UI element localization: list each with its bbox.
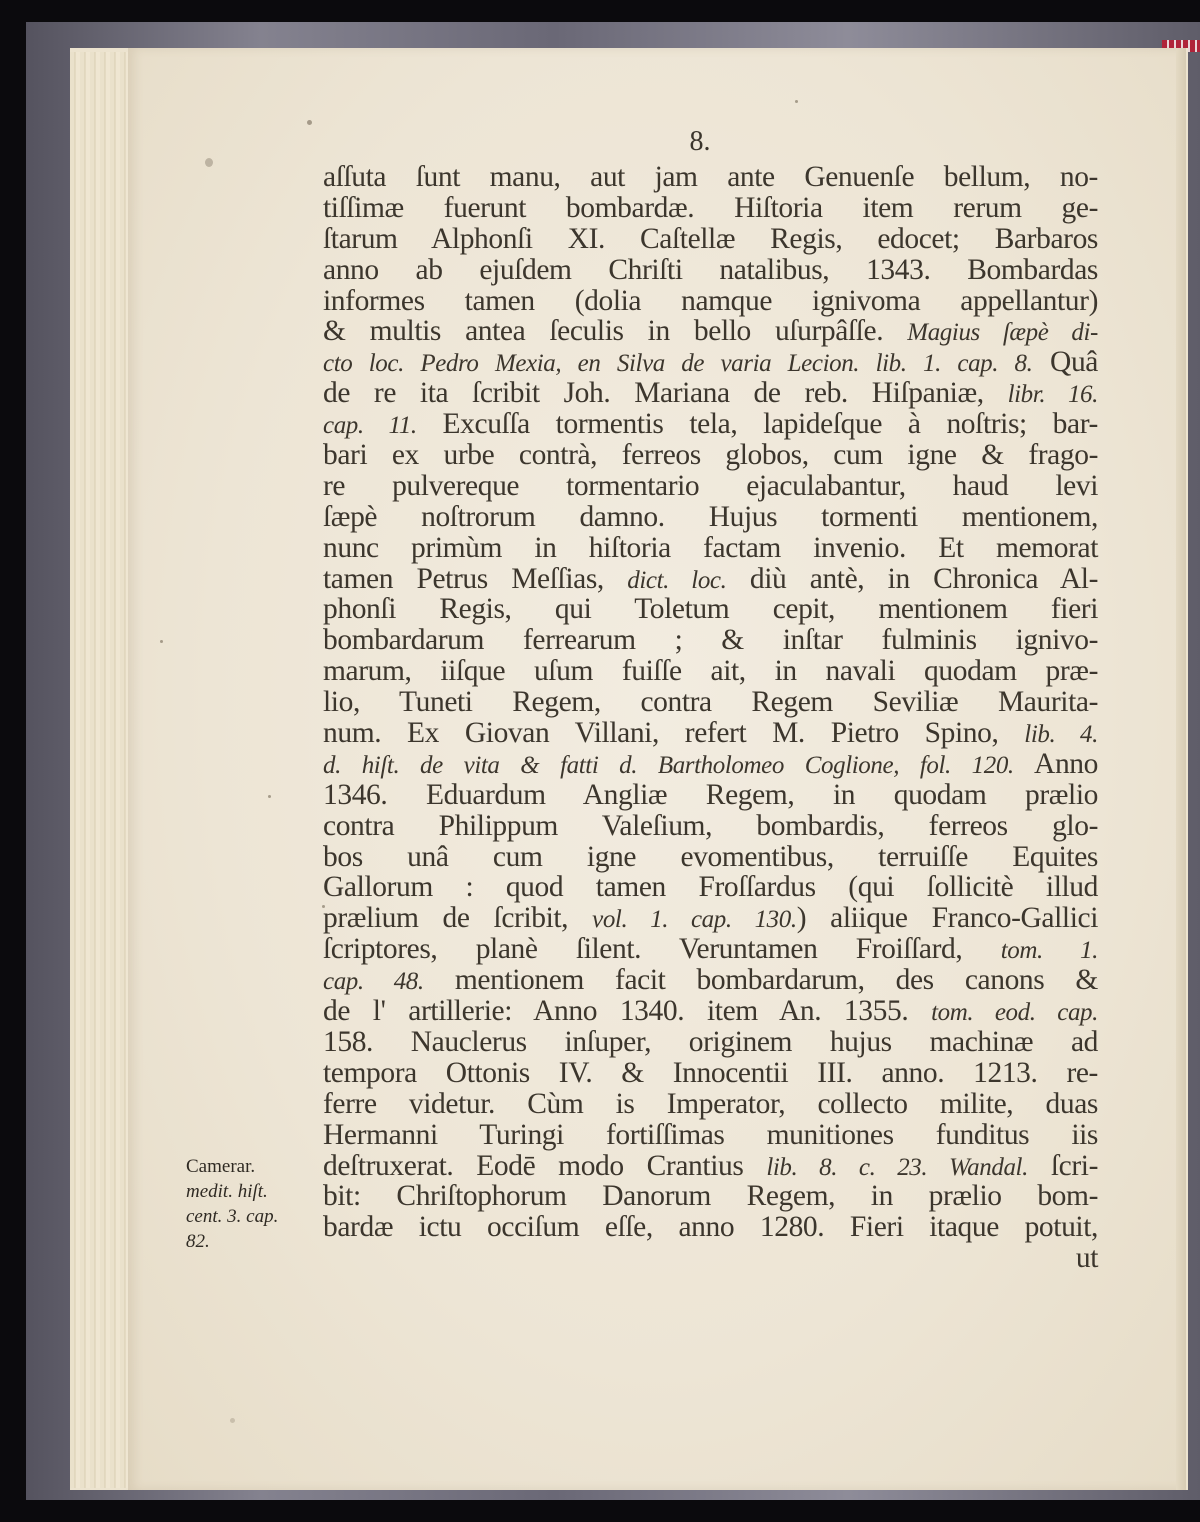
body-text-segment: ſtarum Alphonſi XI. Caſtellæ Regis, edoc… bbox=[323, 223, 1098, 255]
body-text-segment: de re ita ſcribit Joh. Mariana de reb. H… bbox=[323, 377, 1008, 409]
margin-note: Camerar.medit. hiſt.cent. 3. cap.82. bbox=[186, 1154, 306, 1254]
body-text-segment: lio, Tuneti Regem, contra Regem Seviliæ … bbox=[323, 686, 1098, 718]
body-text-segment: deſtruxerat. Eodē modo Crantius bbox=[323, 1150, 766, 1182]
body-text-segment: ferre videtur. Cùm is Imperator, collect… bbox=[323, 1088, 1098, 1120]
body-text-segment: prælium de ſcribit, bbox=[323, 902, 592, 934]
citation-text: Magius ſæpè di- bbox=[907, 319, 1098, 346]
text-line: tempora Ottonis IV. & Innocentii III. an… bbox=[323, 1058, 1098, 1089]
page-fore-edges bbox=[70, 52, 134, 1488]
text-line: Hermanni Turingi fortiſſimas munitiones … bbox=[323, 1120, 1098, 1151]
body-text-segment: de l' artillerie: Anno 1340. item An. 13… bbox=[323, 995, 931, 1027]
margin-note-line: Camerar. bbox=[186, 1154, 306, 1179]
body-text-segment: diù antè, in Chronica Al- bbox=[726, 563, 1098, 595]
text-line: lio, Tuneti Regem, contra Regem Seviliæ … bbox=[323, 687, 1098, 718]
body-text-segment: contra Philippum Valeſium, bombardis, fe… bbox=[323, 810, 1098, 842]
body-text-segment: Excuſſa tormentis tela, lapideſque à noſ… bbox=[417, 408, 1098, 440]
body-text-segment: ) aliique Franco-Gallici bbox=[797, 902, 1098, 934]
body-text-segment: ſcri- bbox=[1028, 1150, 1098, 1182]
page-number: 8. bbox=[687, 126, 713, 158]
body-text-segment: Hermanni Turingi fortiſſimas munitiones … bbox=[323, 1119, 1098, 1151]
text-line: cap. 11. Excuſſa tormentis tela, lapideſ… bbox=[323, 409, 1098, 440]
body-text-segment: Quâ bbox=[1033, 346, 1099, 378]
body-text-segment: phonſi Regis, qui Toletum cepit, mention… bbox=[323, 593, 1098, 625]
text-line: 1346. Eduardum Angliæ Regem, in quodam p… bbox=[323, 780, 1098, 811]
body-text-segment: 158. Nauclerus inſuper, originem hujus m… bbox=[323, 1026, 1098, 1058]
body-text-segment: Gallorum : quod tamen Froſſardus (qui ſo… bbox=[323, 871, 1098, 903]
text-line: bit: Chriſtophorum Danorum Regem, in præ… bbox=[323, 1181, 1098, 1212]
body-text-segment: informes tamen (dolia namque ignivoma ap… bbox=[323, 285, 1098, 317]
text-line: anno ab ejuſdem Chriſti natalibus, 1343.… bbox=[323, 255, 1098, 286]
text-line: cap. 48. mentionem facit bombardarum, de… bbox=[323, 965, 1098, 996]
body-text-segment: & multis antea ſeculis in bello uſurpâſſ… bbox=[323, 315, 907, 347]
citation-text: tom. eod. cap. bbox=[931, 999, 1098, 1026]
text-line: bari ex urbe contrà, ferreos globos, cum… bbox=[323, 440, 1098, 471]
citation-text: vol. 1. cap. 130. bbox=[592, 906, 797, 933]
body-text-segment: aſſuta ſunt manu, aut jam ante Genuenſe … bbox=[323, 161, 1098, 193]
body-text: aſſuta ſunt manu, aut jam ante Genuenſe … bbox=[323, 162, 1098, 1274]
body-text-segment: ſæpè noſtrorum damno. Hujus tormenti men… bbox=[323, 501, 1098, 533]
citation-text: cto loc. Pedro Mexia, en Silva de varia … bbox=[323, 350, 1033, 377]
body-text-segment: tamen Petrus Meſſias, bbox=[323, 563, 627, 595]
body-text-segment: bombardarum ferrearum ; & inſtar fulmini… bbox=[323, 624, 1098, 656]
text-line: tiſſimæ fuerunt bombardæ. Hiſtoria item … bbox=[323, 193, 1098, 224]
text-line: & multis antea ſeculis in bello uſurpâſſ… bbox=[323, 316, 1098, 347]
body-text-segment: bari ex urbe contrà, ferreos globos, cum… bbox=[323, 439, 1098, 471]
body-text-segment: re pulvereque tormentario ejaculabantur,… bbox=[323, 470, 1098, 502]
text-line: ſcriptores, planè ſilent. Veruntamen Fro… bbox=[323, 934, 1098, 965]
text-line: marum, iiſque uſum fuiſſe ait, in navali… bbox=[323, 656, 1098, 687]
text-line: bardæ ictu occiſum eſſe, anno 1280. Fier… bbox=[323, 1212, 1098, 1243]
body-text-segment: bit: Chriſtophorum Danorum Regem, in præ… bbox=[323, 1180, 1098, 1212]
body-text-segment: anno ab ejuſdem Chriſti natalibus, 1343.… bbox=[323, 254, 1098, 286]
page-gutter-edge bbox=[1176, 48, 1186, 1490]
text-line: phonſi Regis, qui Toletum cepit, mention… bbox=[323, 594, 1098, 625]
text-line: bombardarum ferrearum ; & inſtar fulmini… bbox=[323, 625, 1098, 656]
catchword: ut bbox=[323, 1243, 1098, 1274]
citation-text: tom. 1. bbox=[1001, 937, 1098, 964]
text-line: cto loc. Pedro Mexia, en Silva de varia … bbox=[323, 347, 1098, 378]
body-text-segment: bos unâ cum igne evomentibus, terruiſſe … bbox=[323, 841, 1098, 873]
body-text-segment: 1346. Eduardum Angliæ Regem, in quodam p… bbox=[323, 779, 1098, 811]
text-line: prælium de ſcribit, vol. 1. cap. 130.) a… bbox=[323, 903, 1098, 934]
text-line: re pulvereque tormentario ejaculabantur,… bbox=[323, 471, 1098, 502]
text-line: tamen Petrus Meſſias, dict. loc. diù ant… bbox=[323, 564, 1098, 595]
body-text-segment: ſcriptores, planè ſilent. Veruntamen Fro… bbox=[323, 933, 1001, 965]
citation-text: cap. 11. bbox=[323, 412, 417, 439]
text-line: de re ita ſcribit Joh. Mariana de reb. H… bbox=[323, 378, 1098, 409]
text-line: 158. Nauclerus inſuper, originem hujus m… bbox=[323, 1027, 1098, 1058]
text-line: Gallorum : quod tamen Froſſardus (qui ſo… bbox=[323, 872, 1098, 903]
text-line: num. Ex Giovan Villani, refert M. Pietro… bbox=[323, 718, 1098, 749]
body-text-segment: tempora Ottonis IV. & Innocentii III. an… bbox=[323, 1057, 1098, 1089]
text-line: ſæpè noſtrorum damno. Hujus tormenti men… bbox=[323, 502, 1098, 533]
text-line: deſtruxerat. Eodē modo Crantius lib. 8. … bbox=[323, 1151, 1098, 1182]
margin-note-line: 82. bbox=[186, 1229, 306, 1254]
margin-note-line: medit. hiſt. bbox=[186, 1179, 306, 1204]
body-text-segment: Anno bbox=[1014, 748, 1098, 780]
text-line: informes tamen (dolia namque ignivoma ap… bbox=[323, 286, 1098, 317]
citation-text: d. hiſt. de vita & fatti d. Bartholomeo … bbox=[323, 752, 1014, 779]
citation-text: lib. 4. bbox=[1024, 721, 1098, 748]
body-text-segment: bardæ ictu occiſum eſſe, anno 1280. Fier… bbox=[323, 1211, 1098, 1243]
text-line: d. hiſt. de vita & fatti d. Bartholomeo … bbox=[323, 749, 1098, 780]
body-text-segment: nunc primùm in hiſtoria factam invenio. … bbox=[323, 532, 1098, 564]
text-line: aſſuta ſunt manu, aut jam ante Genuenſe … bbox=[323, 162, 1098, 193]
text-line: nunc primùm in hiſtoria factam invenio. … bbox=[323, 533, 1098, 564]
body-text-segment: tiſſimæ fuerunt bombardæ. Hiſtoria item … bbox=[323, 192, 1098, 224]
citation-text: cap. 48. bbox=[323, 968, 424, 995]
citation-text: dict. loc. bbox=[627, 567, 726, 594]
body-text-segment: mentionem facit bombardarum, des canons … bbox=[424, 964, 1098, 996]
text-line: contra Philippum Valeſium, bombardis, fe… bbox=[323, 811, 1098, 842]
margin-note-line: cent. 3. cap. bbox=[186, 1204, 306, 1229]
body-text-segment: marum, iiſque uſum fuiſſe ait, in navali… bbox=[323, 655, 1098, 687]
text-line: bos unâ cum igne evomentibus, terruiſſe … bbox=[323, 842, 1098, 873]
citation-text: libr. 16. bbox=[1008, 381, 1098, 408]
body-text-segment: num. Ex Giovan Villani, refert M. Pietro… bbox=[323, 717, 1024, 749]
text-line: ſtarum Alphonſi XI. Caſtellæ Regis, edoc… bbox=[323, 224, 1098, 255]
text-line: de l' artillerie: Anno 1340. item An. 13… bbox=[323, 996, 1098, 1027]
text-line: ferre videtur. Cùm is Imperator, collect… bbox=[323, 1089, 1098, 1120]
citation-text: lib. 8. c. 23. Wandal. bbox=[766, 1154, 1028, 1181]
